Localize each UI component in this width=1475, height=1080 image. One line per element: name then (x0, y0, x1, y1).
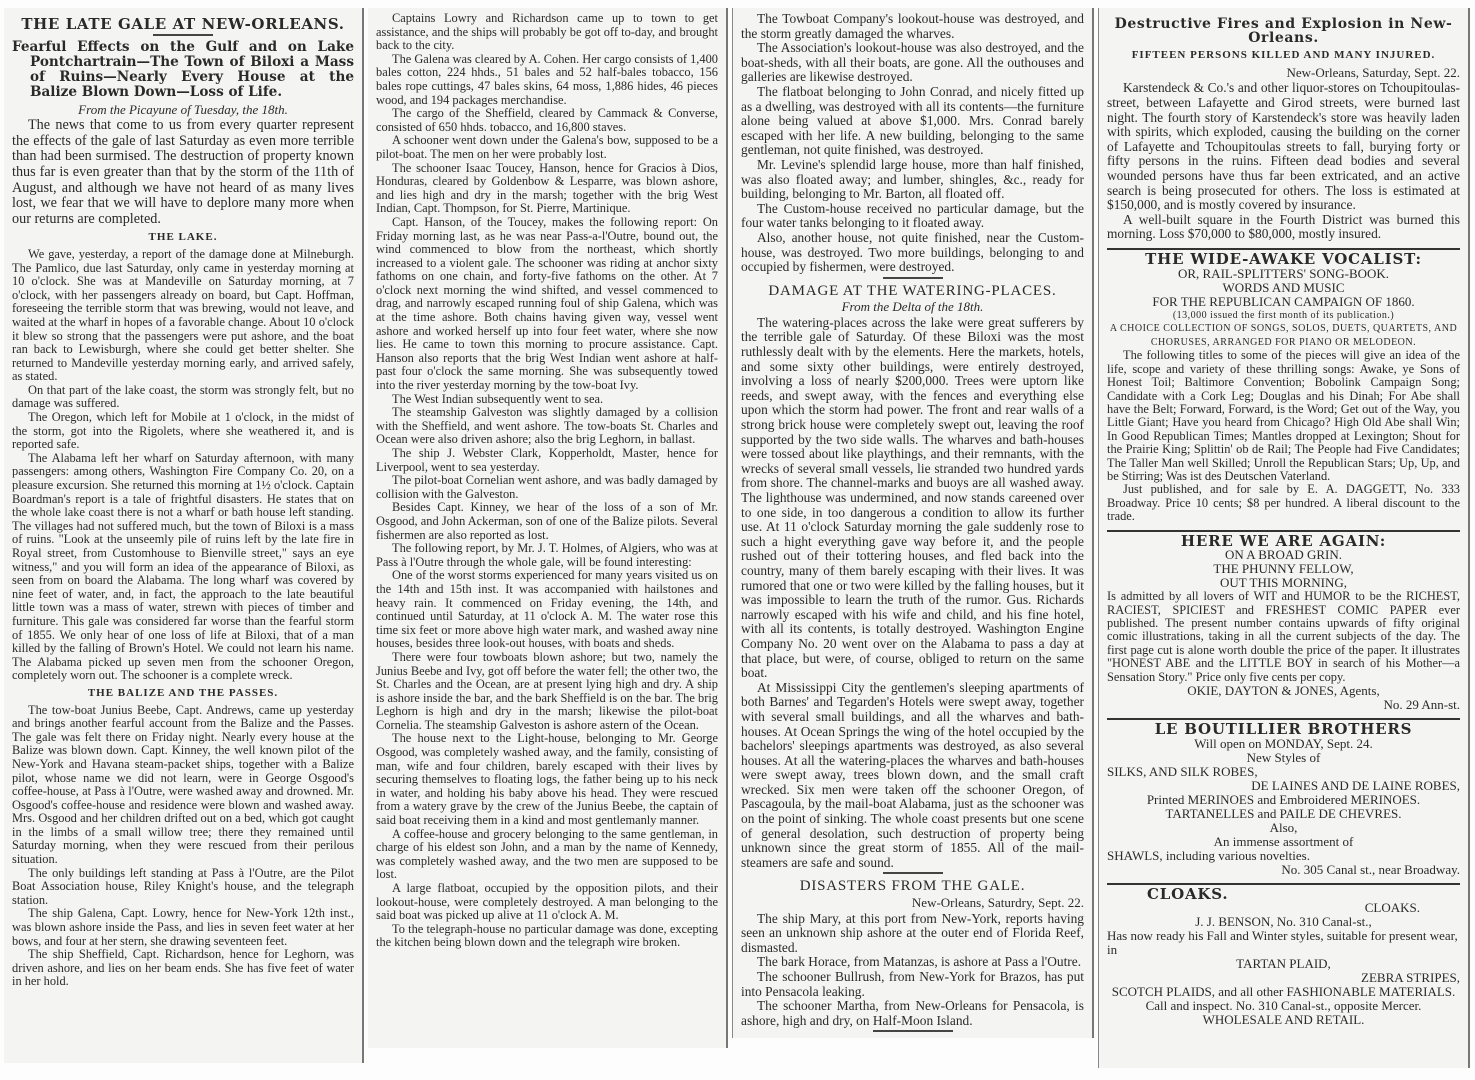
advert-title: THE WIDE-AWAKE VOCALIST: (1107, 253, 1460, 267)
advert-body: The following titles to some of the piec… (1107, 349, 1460, 483)
advert-line: SILKS, AND SILK ROBES, (1107, 765, 1460, 779)
advert-line: Will open on MONDAY, Sept. 24. (1107, 737, 1460, 751)
subheading-killed: FIFTEEN PERSONS KILLED AND MANY INJURED. (1107, 49, 1460, 63)
article-paragraph: We gave, yesterday, a report of the dama… (12, 248, 354, 384)
article-paragraph: A large flatboat, occupied by the opposi… (376, 882, 718, 923)
article-paragraph: The schooner Isaac Toucey, Hanson, hence… (376, 162, 718, 216)
advert-line: New Styles of (1107, 751, 1460, 765)
article-paragraph: The cargo of the Sheffield, cleared by C… (376, 107, 718, 134)
advert-line: Call and inspect. No. 310 Canal-st., opp… (1107, 999, 1460, 1013)
article-paragraph: One of the worst storms experienced for … (376, 569, 718, 651)
article-paragraph: The Alabama left her wharf on Saturday a… (12, 452, 354, 683)
article-paragraph: The Custom-house received no particular … (741, 202, 1084, 231)
article-paragraph: The schooner Martha, from New-Orleans fo… (741, 999, 1084, 1028)
article-paragraph: To the telegraph-house no particular dam… (376, 923, 718, 950)
article-paragraph: A well-built square in the Fourth Distri… (1107, 213, 1460, 242)
advert-line: SCOTCH PLAIDS, and all other FASHIONABLE… (1107, 985, 1460, 999)
headline-late-gale: THE LATE GALE AT NEW-ORLEANS. (12, 18, 354, 32)
advert-line: Also, (1107, 821, 1460, 835)
article-paragraph: The ship J. Webster Clark, Kopperholdt, … (376, 447, 718, 474)
dateline: New-Orleans, Saturday, Sept. 22. (1107, 66, 1460, 80)
divider-rule (883, 277, 943, 279)
headline-disasters: DISASTERS FROM THE GALE. (741, 880, 1084, 894)
article-paragraph: At Mississippi City the gentlemen's slee… (741, 681, 1084, 871)
article-paragraph: Captains Lowry and Richardson came up to… (376, 12, 718, 53)
article-paragraph: Karstendeck & Co.'s and other liquor-sto… (1107, 81, 1460, 212)
advert-line: An immense assortment of (1107, 835, 1460, 849)
article-paragraph: Also, another house, not quite finished,… (741, 231, 1084, 275)
article-paragraph: A schooner went down under the Galena's … (376, 134, 718, 161)
advert-line: Printed MERINOES and Embroidered MERINOE… (1107, 793, 1460, 807)
advert-address: No. 305 Canal st., near Broadway. (1107, 863, 1460, 877)
article-paragraph: Capt. Hanson, of the Toucey, makes the f… (376, 216, 718, 393)
advert-line: A CHOICE COLLECTION OF SONGS, SOLOS, DUE… (1107, 322, 1460, 349)
advert-line: J. J. BENSON, No. 310 Canal-st., (1107, 915, 1460, 929)
advert-line: TARTAN PLAID, (1107, 957, 1460, 971)
article-paragraph: The bark Horace, from Matanzas, is ashor… (741, 955, 1084, 970)
article-paragraph: A coffee-house and grocery belonging to … (376, 828, 718, 882)
headline-fires: Destructive Fires and Explosion in New-O… (1107, 18, 1460, 45)
article-paragraph: The tow-boat Junius Beebe, Capt. Andrews… (12, 704, 354, 867)
advert-phunny-fellow: HERE WE ARE AGAIN: ON A BROAD GRIN. THE … (1107, 530, 1460, 712)
column-1: THE LATE GALE AT NEW-ORLEANS. Fearful Ef… (4, 8, 364, 1063)
advert-line: FOR THE REPUBLICAN CAMPAIGN OF 1860. (1107, 295, 1460, 309)
article-paragraph: The flatboat belonging to John Conrad, a… (741, 85, 1084, 158)
article-paragraph: The Association's lookout-house was also… (741, 41, 1084, 85)
advert-line: SHAWLS, including various novelties. (1107, 849, 1460, 863)
advert-line: Has now ready his Fall and Winter styles… (1107, 929, 1460, 957)
dateline: New-Orleans, Saturdry, Sept. 22. (741, 896, 1084, 910)
advert-line: THE PHUNNY FELLOW, (1107, 562, 1460, 576)
article-paragraph: The schooner Bullrush, from New-York for… (741, 970, 1084, 999)
article-paragraph: The ship Sheffield, Capt. Richardson, he… (12, 948, 354, 989)
lead-paragraph: The news that come to us from every quar… (12, 118, 354, 227)
source-credit: From the Picayune of Tuesday, the 18th. (12, 103, 354, 117)
article-paragraph: The Towboat Company's lookout-house was … (741, 12, 1084, 41)
divider-rule (153, 34, 213, 36)
article-paragraph: The house next to the Light-house, belon… (376, 732, 718, 827)
advert-line: OUT THIS MORNING, (1107, 576, 1460, 590)
article-paragraph: On that part of the lake coast, the stor… (12, 384, 354, 411)
advert-line: ZEBRA STRIPES, (1107, 971, 1460, 985)
newspaper-clipping-page: THE LATE GALE AT NEW-ORLEANS. Fearful Ef… (0, 0, 1475, 1080)
advert-wide-awake-vocalist: THE WIDE-AWAKE VOCALIST: OR, RAIL-SPLITT… (1107, 248, 1460, 524)
column-4: Destructive Fires and Explosion in New-O… (1098, 8, 1470, 1068)
section-heading-lake: THE LAKE. (12, 231, 354, 245)
column-2: Captains Lowry and Richardson came up to… (368, 8, 728, 1048)
article-paragraph: Mr. Levine's splendid large house, more … (741, 158, 1084, 202)
advert-line: OR, RAIL-SPLITTERS' SONG-BOOK. (1107, 267, 1460, 281)
advert-line: DE LAINES AND DE LAINE ROBES, (1107, 779, 1460, 793)
advert-body: Just published, and for sale by E. A. DA… (1107, 483, 1460, 523)
divider-rule (873, 1030, 953, 1032)
advert-line: ON A BROAD GRIN. (1107, 548, 1460, 562)
advert-line: TARTANELLES and PAILE DE CHEVRES. (1107, 807, 1460, 821)
advert-line: WORDS AND MUSIC (1107, 281, 1460, 295)
advert-signature: OKIE, DAYTON & JONES, Agents, (1107, 684, 1460, 698)
section-heading-balize: THE BALIZE AND THE PASSES. (12, 687, 354, 701)
article-paragraph: The watering-places across the lake were… (741, 316, 1084, 681)
article-paragraph: The only buildings left standing at Pass… (12, 867, 354, 908)
deck-subheadline: Fearful Effects on the Gulf and on Lake … (12, 40, 354, 100)
article-paragraph: The Oregon, which left for Mobile at 1 o… (12, 411, 354, 452)
article-paragraph: The West Indian subsequently went to sea… (376, 393, 718, 407)
advert-address: No. 29 Ann-st. (1107, 698, 1460, 712)
advert-cloaks: CLOAKS. CLOAKS. J. J. BENSON, No. 310 Ca… (1107, 883, 1460, 1028)
advert-title: CLOAKS. (1107, 888, 1460, 902)
advert-line: WHOLESALE AND RETAIL. (1107, 1013, 1460, 1027)
advert-title: HERE WE ARE AGAIN: (1107, 535, 1460, 549)
advert-line: (13,000 issued the first month of its pu… (1107, 309, 1460, 323)
article-paragraph: Besides Capt. Kinney, we hear of the los… (376, 501, 718, 542)
article-paragraph: The ship Galena, Capt. Lowry, hence for … (12, 907, 354, 948)
headline-watering-places: DAMAGE AT THE WATERING-PLACES. (741, 285, 1084, 299)
divider-rule (883, 872, 943, 874)
column-3: The Towboat Company's lookout-house was … (732, 8, 1094, 1038)
article-paragraph: The pilot-boat Cornelian went ashore, an… (376, 474, 718, 501)
article-paragraph: There were four towboats blown ashore; b… (376, 651, 718, 733)
article-paragraph: The following report, by Mr. J. T. Holme… (376, 542, 718, 569)
article-paragraph: The steamship Galveston was slightly dam… (376, 406, 718, 447)
advert-title: LE BOUTILLIER BROTHERS (1107, 723, 1460, 737)
article-paragraph: The ship Mary, at this port from New-Yor… (741, 912, 1084, 956)
source-credit: From the Delta of the 18th. (741, 300, 1084, 314)
advert-title-secondary: CLOAKS. (1107, 901, 1460, 915)
advert-body: Is admitted by all lovers of WIT and HUM… (1107, 590, 1460, 684)
advert-le-boutillier: LE BOUTILLIER BROTHERS Will open on MOND… (1107, 718, 1460, 877)
article-paragraph: The Galena was cleared by A. Cohen. Her … (376, 53, 718, 107)
